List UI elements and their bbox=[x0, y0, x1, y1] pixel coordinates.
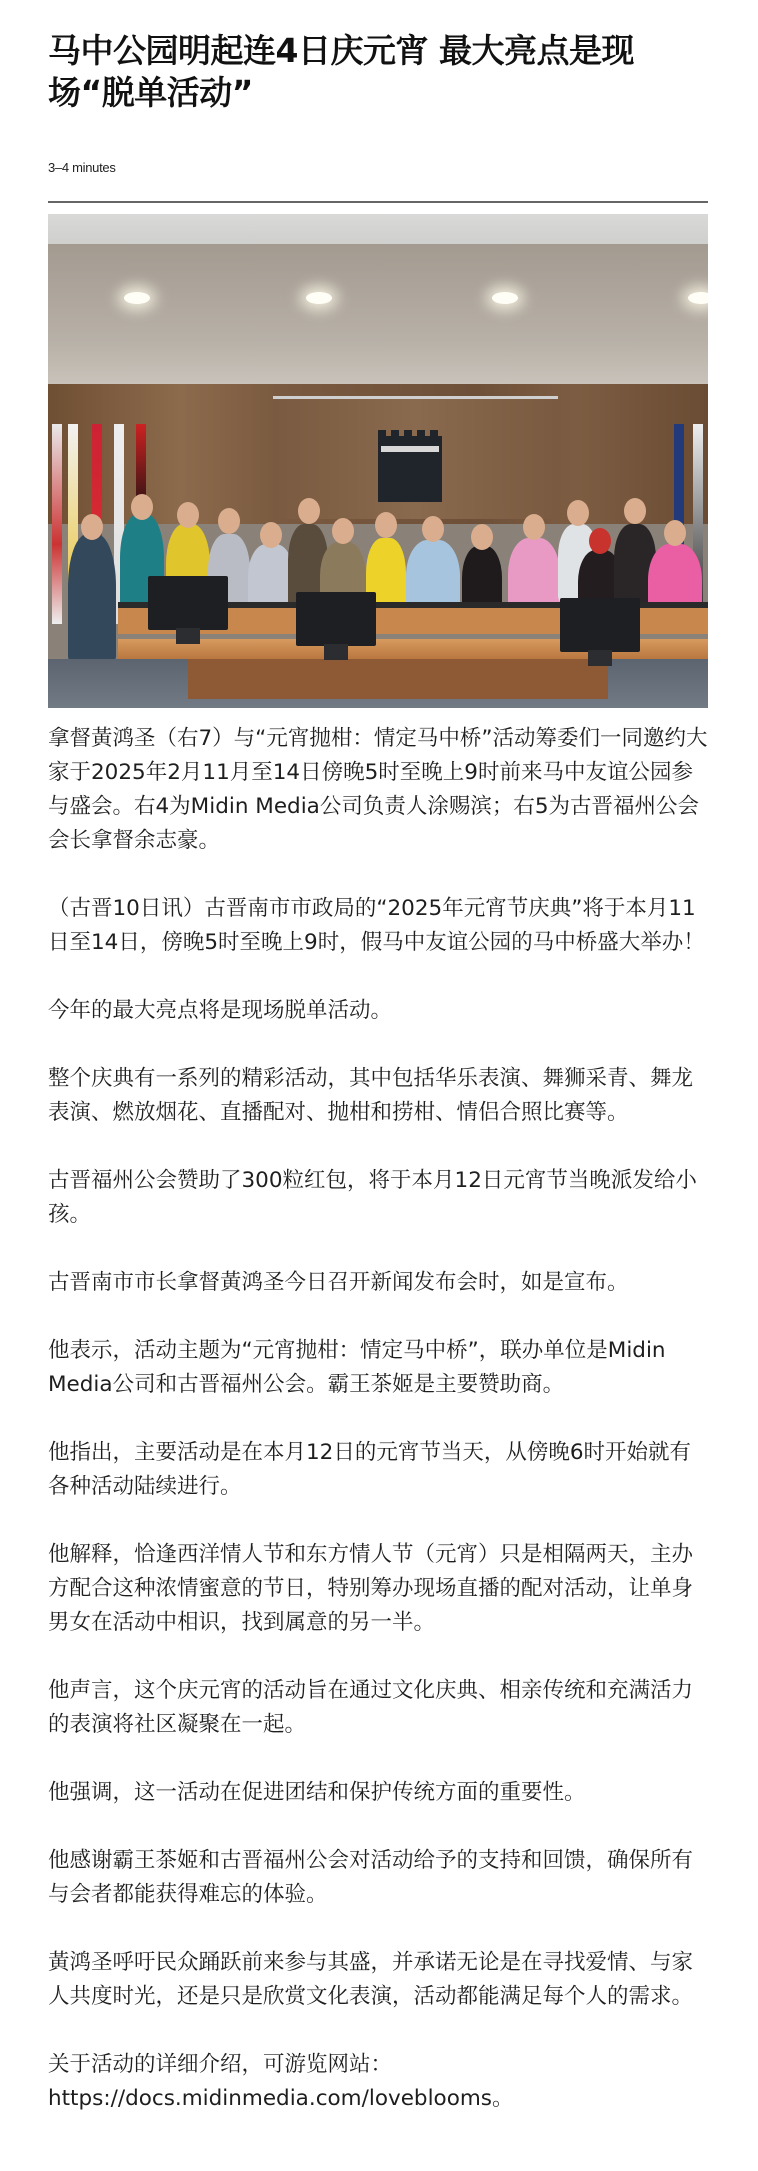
article-paragraph: 他强调，这一活动在促进团结和保护传统方面的重要性。 bbox=[48, 1776, 710, 1810]
article-paragraph: 他指出，主要活动是在本月12日的元宵节当天，从傍晚6时开始就有各种活动陆续进行。 bbox=[48, 1436, 710, 1504]
photo-desk-body bbox=[188, 659, 608, 699]
reading-time: 3–4 minutes bbox=[48, 160, 116, 175]
person-head bbox=[81, 514, 103, 540]
article-paragraph: 整个庆典有一系列的精彩活动，其中包括华乐表演、舞狮采青、舞龙表演、燃放烟花、直播… bbox=[48, 1062, 710, 1130]
person-head bbox=[567, 500, 589, 526]
monitor-stand bbox=[176, 628, 200, 644]
person-head bbox=[218, 508, 240, 534]
article-paragraph: 他解释，恰逢西洋情人节和东方情人节（元宵）只是相隔两天，主办方配合这种浓情蜜意的… bbox=[48, 1538, 710, 1640]
monitor-icon bbox=[560, 598, 640, 652]
article-photo bbox=[48, 214, 708, 708]
crest-sign bbox=[381, 446, 439, 452]
article-paragraph: 他感谢霸王茶姬和古晋福州公会对活动给予的支持和回馈，确保所有与会者都能获得难忘的… bbox=[48, 1844, 710, 1912]
person-head bbox=[589, 528, 611, 554]
ceiling-light bbox=[492, 292, 518, 304]
person-head bbox=[375, 512, 397, 538]
person-head bbox=[523, 514, 545, 540]
photo-ceiling-shade bbox=[48, 244, 708, 384]
monitor-icon bbox=[148, 576, 228, 630]
article-paragraph-last: 关于活动的详细介绍，可游览网站：https://docs.midinmedia.… bbox=[48, 2048, 710, 2116]
council-crest-icon bbox=[378, 436, 442, 502]
person-head bbox=[177, 502, 199, 528]
article-paragraph: 他表示，活动主题为“元宵抛柑：情定马中桥”，联办单位是Midin Media公司… bbox=[48, 1334, 710, 1402]
ceiling-light bbox=[306, 292, 332, 304]
person-head bbox=[260, 522, 282, 548]
person-head bbox=[624, 498, 646, 524]
article-paragraph: 古晋南市市长拿督黃鸿圣今日召开新闻发布会时，如是宣布。 bbox=[48, 1266, 710, 1300]
article-paragraph: （古晋10日讯）古晋南市市政局的“2025年元宵节庆典”将于本月11日至14日，… bbox=[48, 892, 710, 960]
monitor-icon bbox=[296, 592, 376, 646]
person-head bbox=[664, 520, 686, 546]
group-of-people bbox=[48, 494, 708, 614]
article-body: 拿督黃鸿圣（右7）与“元宵抛柑：情定马中桥”活动筹委们一同邀约大家于2025年2… bbox=[48, 722, 710, 2150]
person bbox=[68, 534, 116, 664]
monitor-stand bbox=[588, 650, 612, 666]
ceiling-light bbox=[688, 292, 708, 304]
article-paragraph: 古晋福州公会赞助了300粒红包，将于本月12日元宵节当晚派发给小孩。 bbox=[48, 1164, 710, 1232]
website-suffix: 。 bbox=[492, 2086, 514, 2111]
person-head bbox=[298, 498, 320, 524]
article-paragraph: 他声言，这个庆元宵的活动旨在通过文化庆典、相亲传统和充满活力的表演将社区凝聚在一… bbox=[48, 1674, 710, 1742]
website-prefix: 关于活动的详细介绍，可游览网站： bbox=[48, 2052, 392, 2077]
article-title: 马中公园明起连4日庆元宵 最大亮点是现场“脱单活动” bbox=[48, 30, 718, 114]
monitor-stand bbox=[324, 644, 348, 660]
person-head bbox=[332, 518, 354, 544]
person-head bbox=[131, 494, 153, 520]
website-link[interactable]: https://docs.midinmedia.com/loveblooms bbox=[48, 2086, 492, 2111]
person-head bbox=[422, 516, 444, 542]
article-paragraph: 黃鸿圣呼吁民众踊跃前来参与其盛，并承诺无论是在寻找爱情、与家人共度时光，还是只是… bbox=[48, 1946, 710, 2014]
photo-ceiling bbox=[48, 214, 708, 244]
article-paragraph: 今年的最大亮点将是现场脱单活动。 bbox=[48, 994, 710, 1028]
person-head bbox=[471, 524, 493, 550]
photo-caption: 拿督黃鸿圣（右7）与“元宵抛柑：情定马中桥”活动筹委们一同邀约大家于2025年2… bbox=[48, 722, 710, 858]
header-divider bbox=[48, 201, 708, 203]
ceiling-light bbox=[124, 292, 150, 304]
